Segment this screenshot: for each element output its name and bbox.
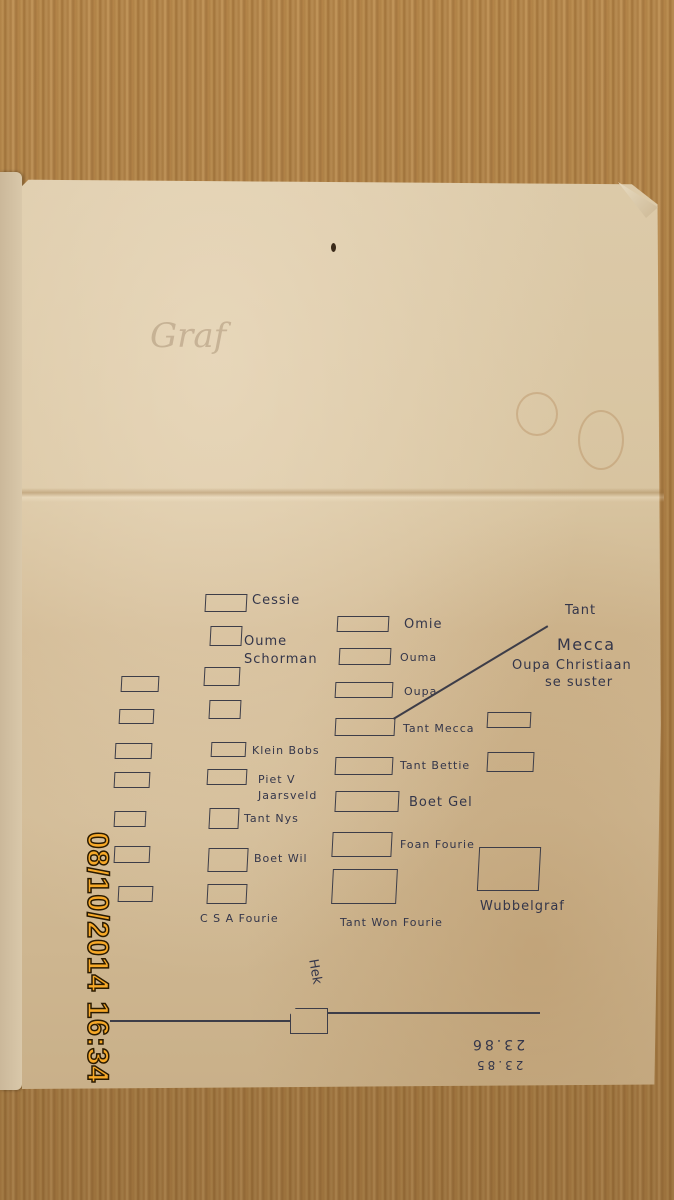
grave-box (207, 769, 248, 785)
grave-label: Tant Nys (244, 812, 299, 826)
column-footer-label: C S A Fourie (200, 912, 279, 926)
grave-box (337, 616, 390, 632)
grave-box (211, 742, 247, 757)
paper-fold-crease (22, 488, 664, 502)
double-grave-box (477, 847, 541, 891)
grave-box (204, 667, 241, 686)
grave-box (115, 743, 153, 759)
adjacent-page-edge (0, 172, 22, 1090)
grave-label: Omie (404, 618, 443, 632)
grave-box (207, 848, 248, 872)
grave-box (209, 700, 242, 719)
annotation-line-2: Mecca (557, 638, 616, 652)
grave-box (119, 709, 155, 724)
grave-box (209, 626, 242, 646)
grave-box (206, 884, 247, 904)
annotation-line-4: se suster (545, 676, 613, 690)
grave-box (334, 791, 399, 812)
grave-label: Boet Gel (409, 796, 473, 810)
grave-label: Oupa (404, 685, 437, 699)
grave-box (331, 832, 392, 857)
grave-box (335, 718, 396, 736)
fence-line-left (110, 1020, 290, 1022)
grave-label: Tant Bettie (400, 759, 470, 773)
water-stain (516, 392, 558, 436)
grave-label: Ouma (400, 651, 437, 665)
faint-heading: Graf (150, 316, 226, 356)
upside-down-number: 23.85 (474, 1058, 523, 1072)
grave-label: Oume Schorman (244, 633, 324, 669)
grave-label: Tant Mecca (403, 722, 475, 736)
annotation-line-3: Oupa Christiaan (512, 659, 632, 673)
grave-box (487, 712, 532, 728)
grave-label: Boet Wil (254, 852, 308, 866)
camera-timestamp: 08/10/2014 16:34 (80, 832, 114, 1083)
fence-line-right (328, 1012, 540, 1014)
gate-marker (290, 1008, 328, 1034)
grave-label: Foan Fourie (400, 838, 475, 852)
grave-box (335, 757, 394, 775)
column-footer-label: Tant Won Fourie (340, 916, 443, 930)
grave-box (339, 648, 392, 665)
grave-box (114, 846, 151, 863)
grave-box (114, 811, 147, 827)
upside-down-number: 23.86 (470, 1036, 525, 1052)
grave-box (205, 594, 248, 612)
grave-label: Klein Bobs (252, 744, 320, 758)
paper-sheet (22, 177, 664, 1089)
paper-hole (331, 243, 336, 252)
annotation-line-1: Tant (565, 604, 596, 618)
grave-label: Cessie (252, 594, 300, 608)
grave-box (331, 869, 398, 904)
grave-box (208, 808, 239, 829)
grave-box (114, 772, 151, 788)
grave-box (335, 682, 394, 698)
grave-box (118, 886, 154, 902)
double-grave-label: Wubbelgraf (480, 900, 565, 914)
grave-box (486, 752, 534, 772)
water-stain (578, 410, 624, 470)
grave-label: Piet V Jaarsveld (258, 772, 328, 804)
grave-box (121, 676, 160, 692)
